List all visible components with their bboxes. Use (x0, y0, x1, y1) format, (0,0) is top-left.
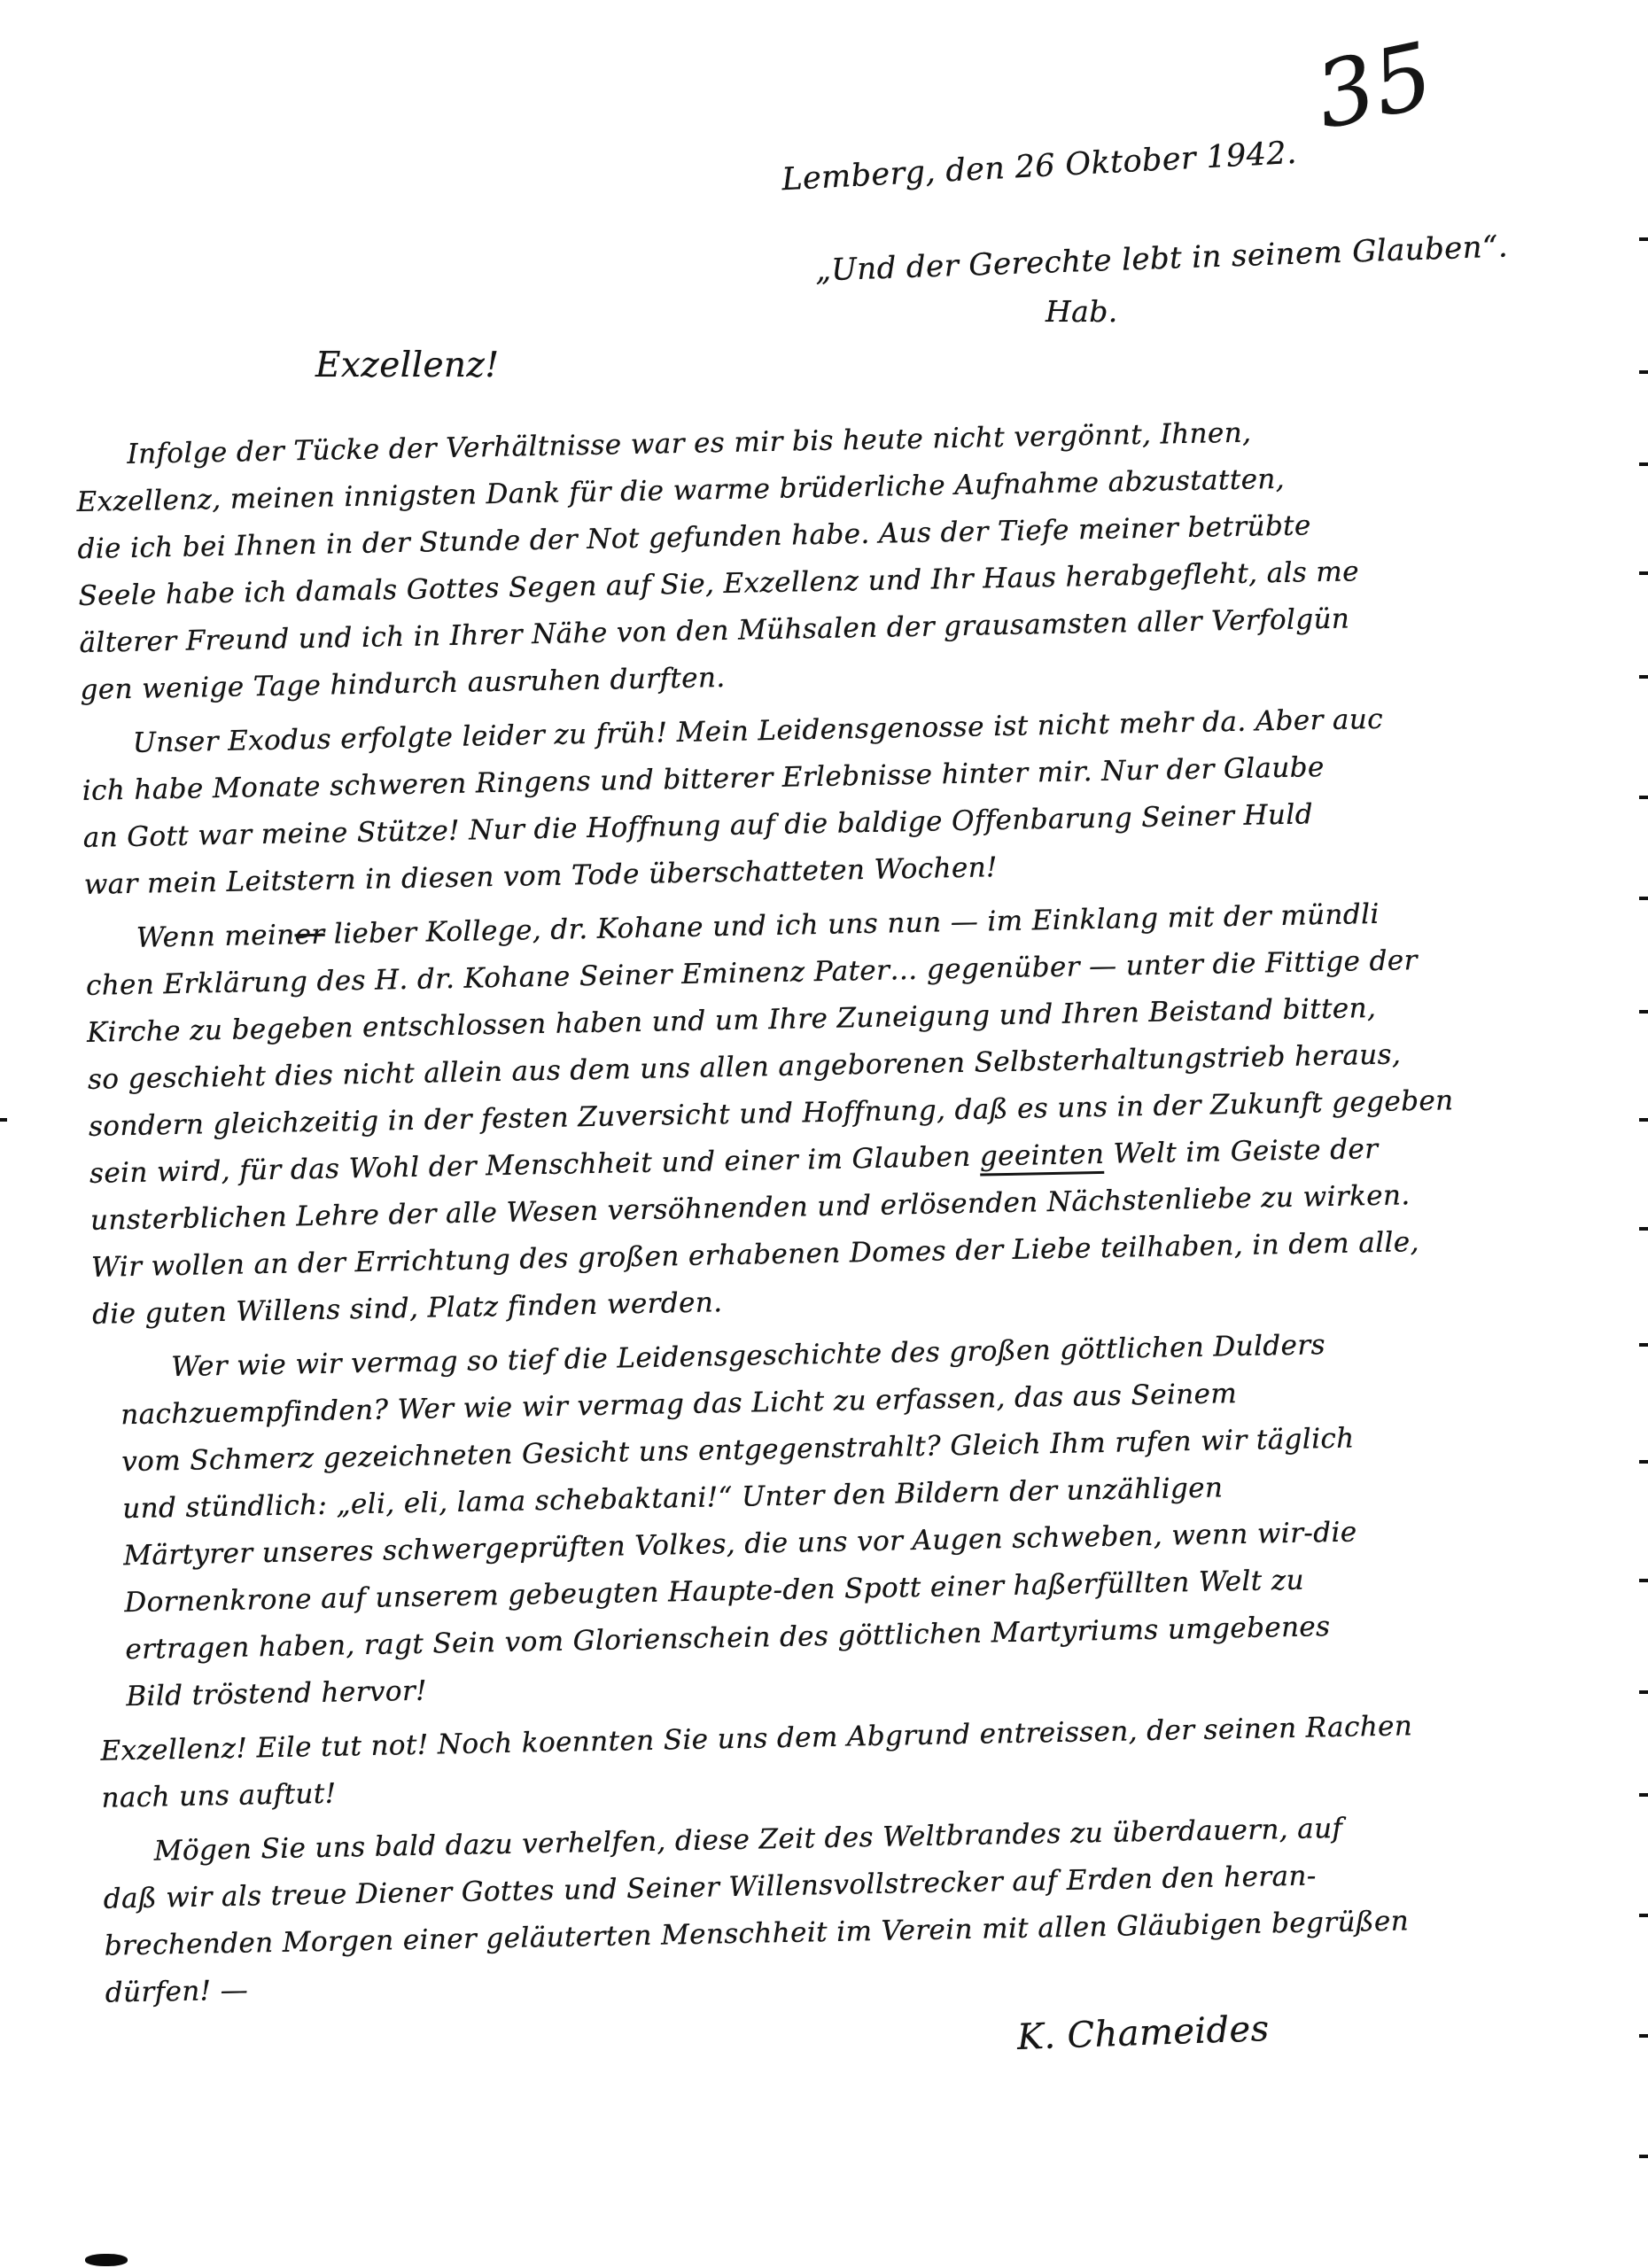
scan-speck (1639, 462, 1648, 466)
scan-speck (1639, 237, 1648, 241)
scan-speck (1639, 675, 1648, 679)
paragraph: Mögen Sie uns bald dazu verhelfen, diese… (102, 1803, 1470, 2017)
scan-speck (0, 1118, 7, 1122)
scan-speck (1639, 1343, 1648, 1347)
dateline: Lemberg, den 26 Oktober 1942. (781, 136, 1297, 198)
paragraph: Wenn meiner lieber Kollege, dr. Kohane u… (84, 889, 1457, 1338)
salutation: Exzellenz! (315, 346, 499, 385)
scan-speck (1639, 571, 1648, 575)
motto: „Und der Gerechte lebt in seinem Glauben… (815, 229, 1509, 288)
letter-page: 35 Lemberg, den 26 Oktober 1942. „Und de… (0, 0, 1648, 2268)
signature: K. Chameides (1016, 2008, 1270, 2058)
line-text: Welt im Geiste der (1104, 1133, 1379, 1170)
letter-body: Infolge der Tücke der Verhältnisse war e… (75, 406, 1470, 2023)
struck-word: er (294, 919, 325, 951)
motto-source: Hab. (1046, 294, 1118, 329)
line-text: Wenn mein (136, 919, 295, 953)
scan-speck (85, 2254, 128, 2266)
scan-speck (1639, 1690, 1648, 1694)
underlined-word: geeinten (980, 1138, 1105, 1177)
scan-speck (1639, 1793, 1648, 1797)
page-number: 35 (1307, 23, 1442, 151)
scan-speck (1639, 370, 1648, 374)
scan-speck (1639, 2034, 1648, 2038)
paragraph: Infolge der Tücke der Verhältnisse war e… (75, 406, 1445, 714)
paragraph: Unser Exodus erfolgte leider zu früh! Me… (81, 695, 1449, 909)
scan-speck (1639, 2155, 1648, 2158)
scan-speck (1639, 1118, 1648, 1122)
scan-speck (1639, 1227, 1648, 1231)
scan-speck (1639, 1579, 1648, 1582)
scan-speck (1639, 1010, 1648, 1014)
scan-speck (1639, 1460, 1648, 1464)
scan-speck (1639, 897, 1648, 900)
paragraph: Wer wie wir vermag so tief die Leidensge… (120, 1319, 1465, 1720)
paragraph: Exzellenz! Eile tut not! Noch koennten S… (100, 1702, 1466, 1822)
scan-speck (1639, 1914, 1648, 1917)
scan-speck (1639, 796, 1648, 799)
